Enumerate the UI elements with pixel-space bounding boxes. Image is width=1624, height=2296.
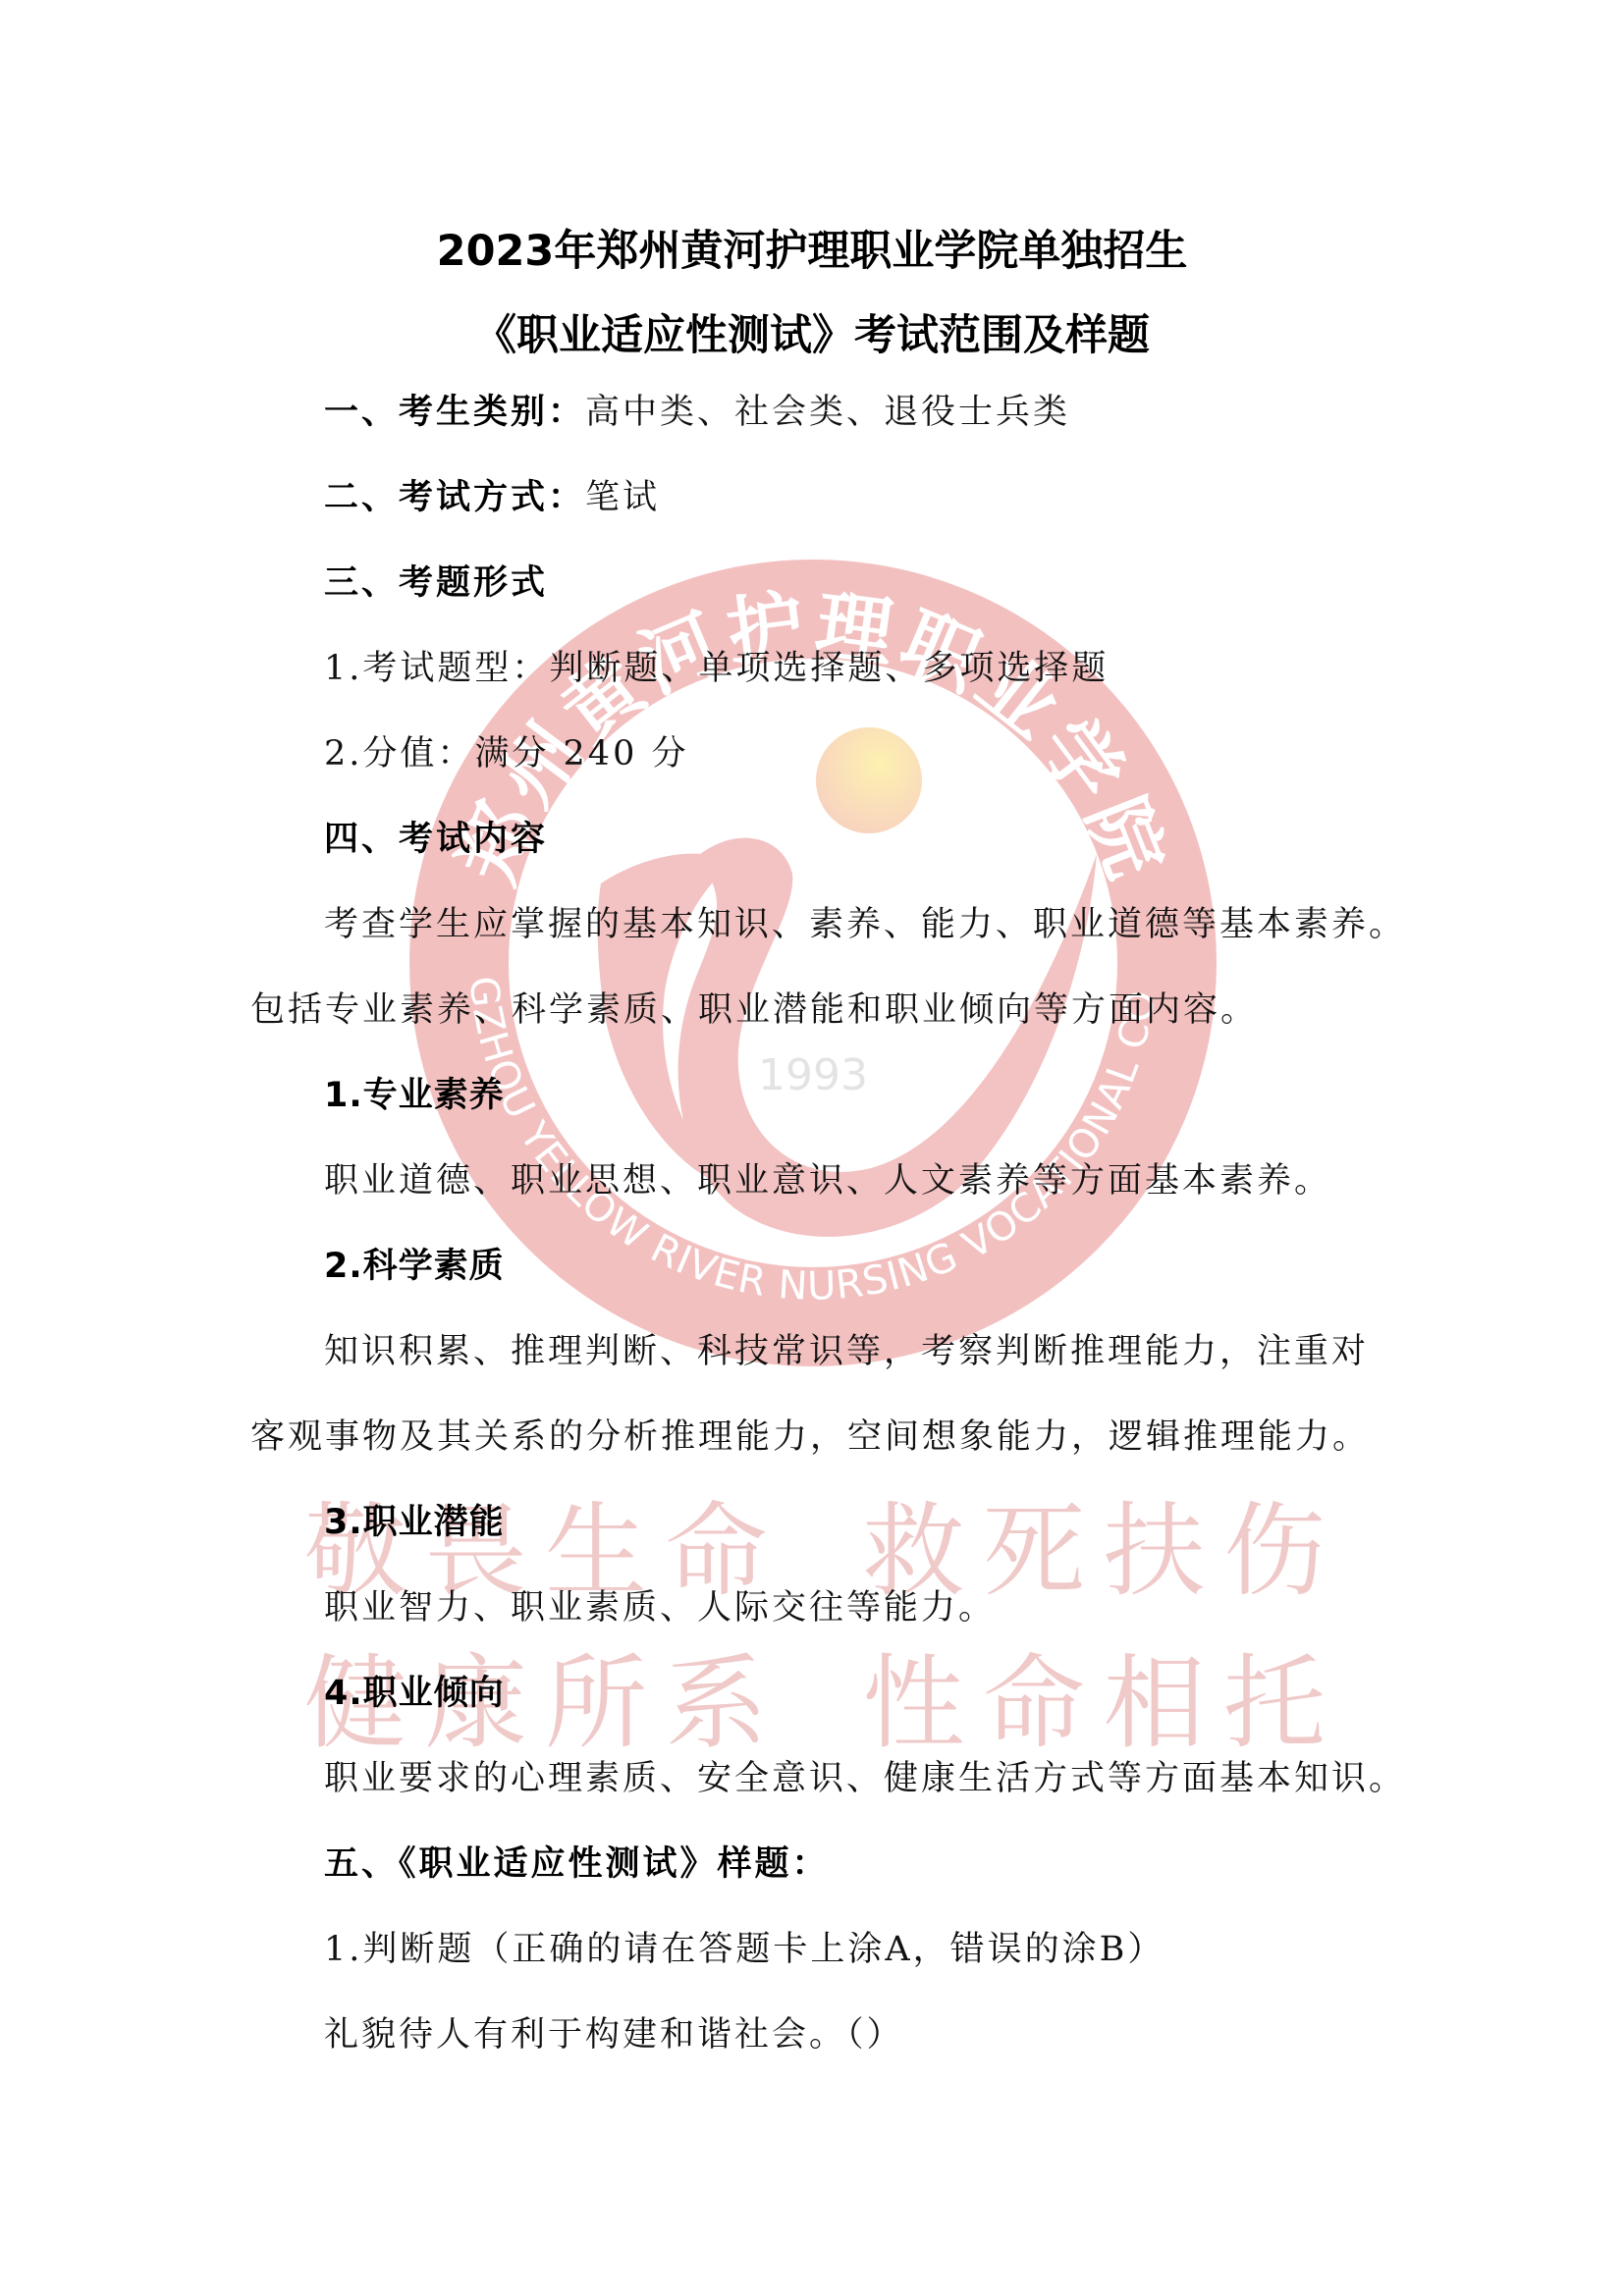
slogan-char: 命 [666,1500,768,1602]
item-label: 2.分值： [324,734,474,774]
slogan-char: 托 [1223,1652,1326,1754]
slogan-char: 死 [983,1500,1085,1602]
sample-question: 礼貌待人有利于构建和谐社会。（） [324,2015,904,2055]
slogan-char: 命 [983,1652,1085,1754]
subsection-heading-career-potential: 3.职业潜能 [324,1503,505,1542]
section-exam-method: 二、考试方式：笔试 [324,478,660,517]
subsection-text: 职业道德、职业思想、职业意识、人文素养等方面基本素养。 [324,1161,1331,1201]
section-value: 笔试 [585,478,660,517]
section-heading: 一、考生类别： [324,392,585,432]
subsection-text: 知识积累、推理判断、科技常识等，考察判断推理能力，注重对 [324,1332,1369,1371]
slogan-char: 伤 [1223,1500,1326,1602]
item-value: 满分 240 分 [474,734,688,774]
document-title-line-1: 2023年郑州黄河护理职业学院单独招生 [0,218,1624,278]
question-types-item: 1.考试题型：判断题、单项选择题、多项选择题 [324,649,1109,688]
section-candidate-category: 一、考生类别：高中类、社会类、退役士兵类 [324,393,1070,432]
subsection-heading-scientific-quality: 2.科学素质 [324,1247,505,1286]
slogan-gap [785,1652,844,1754]
subsection-text: 职业要求的心理素质、安全意识、健康生活方式等方面基本知识。 [324,1759,1406,1798]
section-value: 高中类、社会类、退役士兵类 [585,393,1070,432]
section-heading-sample-questions: 五、《职业适应性测试》样题： [324,1844,830,1884]
question-type-true-false: 1.判断题（正确的请在答题卡上涂A，错误的涂B） [324,1930,1164,1969]
subsection-heading-professional-literacy: 1.专业素养 [324,1076,505,1115]
score-item: 2.分值：满分 240 分 [324,734,688,774]
slogan-char: 扶 [1103,1500,1205,1602]
slogan-char: 生 [545,1500,647,1602]
section-heading-question-format: 三、考题形式 [324,563,548,603]
exam-content-intro-line-1: 考查学生应掌握的基本知识、素养、能力、职业道德等基本素养。 [324,905,1406,944]
slogan-char: 所 [545,1652,647,1754]
item-value: 判断题、单项选择题、多项选择题 [549,649,1109,688]
section-heading: 二、考试方式： [324,477,585,517]
slogan-char: 救 [862,1500,964,1602]
item-label: 1.考试题型： [324,649,549,688]
exam-content-intro-line-2: 包括专业素养、科学素质、职业潜能和职业倾向等方面内容。 [250,990,1258,1030]
subsection-text: 职业智力、职业素质、人际交往等能力。 [324,1588,996,1628]
slogan-char: 系 [666,1652,768,1754]
section-heading-exam-content: 四、考试内容 [324,820,548,859]
seal-year: 1993 [758,1050,868,1100]
slogan-gap [785,1500,844,1602]
slogan-char: 性 [862,1652,964,1754]
document-title-line-2: 《职业适应性测试》考试范围及样题 [0,302,1624,362]
slogan-char: 相 [1103,1652,1205,1754]
subsection-heading-career-orientation: 4.职业倾向 [324,1674,505,1713]
subsection-text: 客观事物及其关系的分析推理能力，空间想象能力，逻辑推理能力。 [250,1417,1370,1457]
seal-sun-icon [816,727,922,833]
